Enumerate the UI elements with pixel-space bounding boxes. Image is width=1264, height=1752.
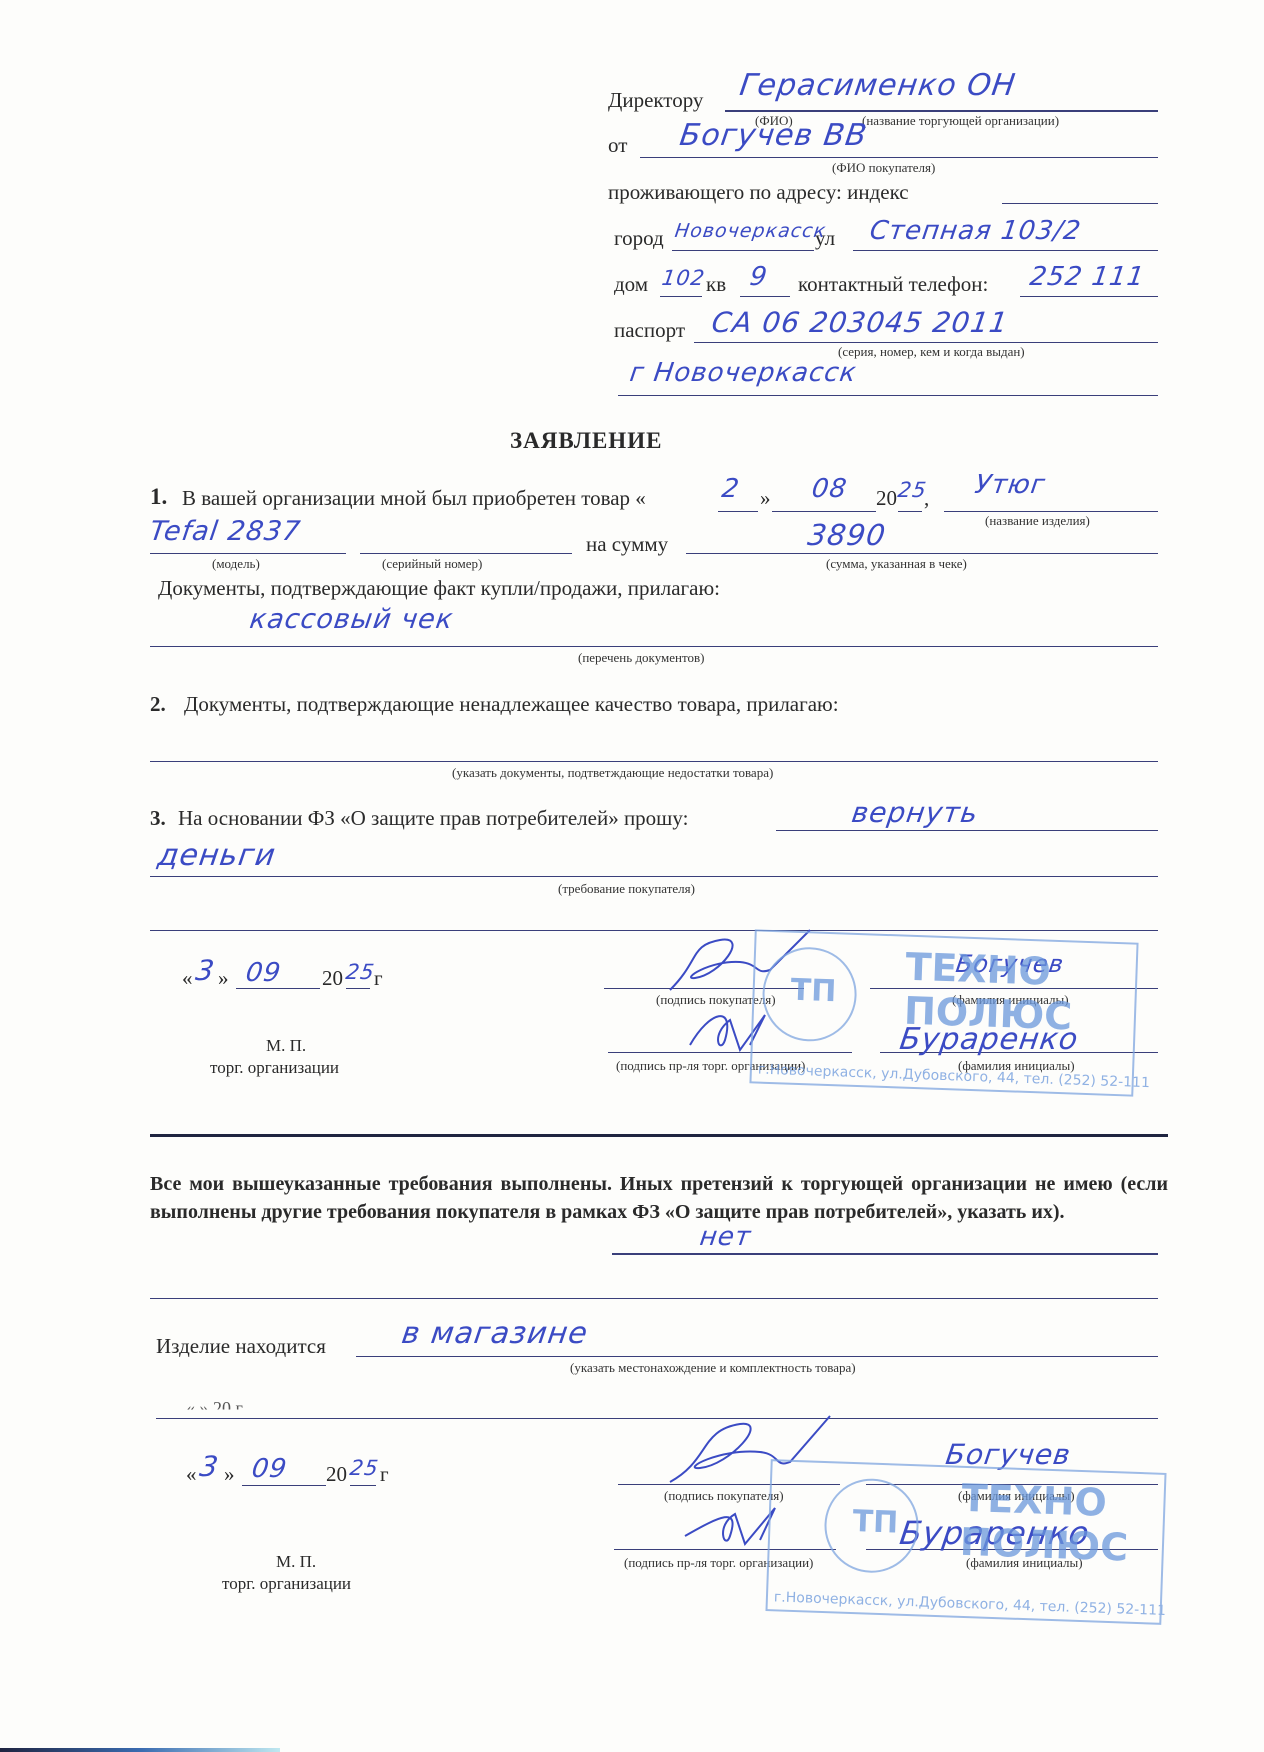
sign1-org-label: торг. организации (210, 1058, 339, 1078)
sign2-year[interactable]: 25 (348, 1456, 380, 1480)
stamp-brand-line2: ПОЛЮС (903, 989, 1073, 1039)
sum-value[interactable]: 3890 (806, 518, 889, 552)
location-value[interactable]: в магазине (400, 1316, 591, 1351)
passport-value[interactable]: СА 06 203045 2011 (710, 306, 1011, 339)
sign2-mp-label: М. П. (276, 1552, 316, 1572)
stamp-address: г.Новочеркасск, ул.Дубовского, 44, тел. … (774, 1589, 1167, 1619)
section-3-caption: (требование покупателя) (558, 881, 695, 897)
director-label: Директору (608, 88, 703, 113)
passport-line2 (618, 395, 1158, 396)
sign2-date-open: « (186, 1462, 197, 1487)
shop-stamp-1: ТП ТЕХНО ПОЛЮС г.Новочеркасск, ул.Дубовс… (749, 929, 1138, 1096)
city-value[interactable]: Новочеркасск (673, 220, 827, 242)
sign1-month-line (236, 988, 320, 989)
sign1-date-close: » (218, 966, 229, 991)
shop-stamp-2: ТП ТЕХНО ПОЛЮС г.Новочеркасск, ул.Дубовс… (765, 1459, 1166, 1625)
passport-label: паспорт (614, 318, 685, 343)
sum-label: на сумму (586, 532, 668, 557)
location-caption: (указать местонахождение и комплектность… (570, 1360, 856, 1376)
street-label: ул (815, 226, 835, 251)
sum-line (686, 553, 1158, 554)
sign2-org-label: торг. организации (222, 1574, 351, 1594)
stamp-brand-line2: ПОЛЮС (959, 1520, 1129, 1570)
sign2-month[interactable]: 09 (250, 1454, 289, 1484)
house-value[interactable]: 102 (660, 266, 706, 290)
section-2-text: Документы, подтверждающие ненадлежащее к… (184, 692, 839, 717)
sum-caption: (сумма, указанная в чеке) (826, 556, 967, 572)
phone-value[interactable]: 252 111 (1028, 262, 1147, 292)
stamp-brand-line1: ТЕХНО (961, 1476, 1108, 1525)
location-label: Изделие находится (156, 1334, 326, 1359)
sign1-month[interactable]: 09 (244, 958, 283, 988)
sign2-year-prefix: 20 (326, 1462, 347, 1487)
sign2-month-line (242, 1485, 326, 1486)
product-caption: (название изделия) (985, 513, 1090, 529)
from-caption: (ФИО покупателя) (832, 160, 935, 176)
sign2-day[interactable]: 3 (198, 1450, 221, 1483)
passport-value-line2[interactable]: г Новочеркасск (628, 358, 859, 388)
docs-line (150, 646, 1158, 647)
model-line (150, 553, 346, 554)
purchase-day-line (718, 511, 758, 512)
purchase-year-line (898, 511, 922, 512)
section-2-number: 2. (150, 692, 166, 717)
stamp-address: г.Новочеркасск, ул.Дубовского, 44, тел. … (758, 1062, 1151, 1092)
claim-line3 (150, 930, 1158, 931)
serial-line (360, 553, 572, 554)
docs-value[interactable]: кассовый чек (248, 604, 456, 635)
house-line (660, 296, 702, 297)
model-caption: (модель) (212, 556, 260, 572)
director-caption-org: (название торгующей организации) (862, 113, 1059, 129)
closing-line2 (150, 1298, 1158, 1299)
docs-caption: (перечень документов) (578, 650, 704, 666)
from-line (640, 157, 1158, 158)
purchase-year-prefix: 20 (876, 486, 897, 511)
sign2-year-line (350, 1485, 376, 1486)
purchase-month-line (772, 511, 876, 512)
passport-caption: (серия, номер, кем и когда выдан) (838, 344, 1025, 360)
director-value[interactable]: Герасименко ОН (738, 68, 1018, 103)
location-line (356, 1356, 1158, 1357)
section-3-text: На основании ФЗ «О защите прав потребите… (178, 806, 688, 831)
product-name[interactable]: Утюг (973, 470, 1048, 500)
phone-line (1020, 296, 1158, 297)
city-line (672, 250, 814, 251)
document-title: ЗАЯВЛЕНИЕ (510, 428, 662, 454)
scan-edge-artifact (0, 1748, 280, 1752)
from-value[interactable]: Богучев ВВ (678, 118, 870, 153)
section-1-number: 1. (150, 484, 167, 510)
blank-date-line (156, 1418, 1158, 1419)
sign1-day[interactable]: 3 (194, 954, 217, 987)
sign1-year-prefix: 20 (322, 966, 343, 991)
claim-value-line2[interactable]: деньги (156, 838, 279, 873)
city-label: город (614, 226, 664, 251)
sign1-year[interactable]: 25 (344, 960, 376, 984)
docs-label: Документы, подтверждающие факт купли/про… (158, 576, 720, 601)
claim-value-line1[interactable]: вернуть (850, 796, 981, 829)
serial-caption: (серийный номер) (382, 556, 482, 572)
street-line (853, 250, 1158, 251)
closing-line1 (612, 1253, 1158, 1255)
house-label: дом (614, 272, 648, 297)
sign1-year-line (346, 988, 370, 989)
closing-paragraph: Все мои вышеуказанные требования выполне… (150, 1170, 1168, 1226)
claim-line2 (150, 876, 1158, 877)
section-1-text: В вашей организации мной был приобретен … (182, 486, 646, 511)
sign1-mp-label: М. П. (266, 1036, 306, 1056)
section-divider (150, 1134, 1168, 1137)
address-label: проживающего по адресу: индекс (608, 180, 909, 205)
section-3-number: 3. (150, 806, 166, 831)
sign2-date-close: » (224, 1462, 235, 1487)
sign1-date-open: « (182, 966, 193, 991)
section-2-line[interactable] (150, 761, 1158, 762)
stamp-logo: ТП (790, 973, 837, 1010)
purchase-month[interactable]: 08 (810, 474, 849, 504)
apt-value[interactable]: 9 (748, 262, 770, 292)
from-label: от (608, 133, 627, 158)
section-2-caption: (указать документы, подтветждающие недос… (452, 765, 773, 781)
purchase-comma: , (924, 486, 929, 511)
apt-line (740, 296, 790, 297)
passport-line (694, 342, 1158, 343)
stamp-brand-line1: ТЕХНО (905, 945, 1052, 994)
blank-date: « » 20 г (186, 1398, 243, 1419)
closing-value[interactable]: нет (698, 1222, 753, 1252)
director-line (725, 110, 1158, 112)
apt-label: кв (706, 272, 726, 297)
sign2-year-suffix: г (380, 1462, 389, 1487)
phone-label: контактный телефон: (798, 272, 988, 297)
closing-paragraph-text: Все мои вышеуказанные требования выполне… (150, 1173, 1168, 1223)
stamp-logo: ТП (852, 1504, 899, 1541)
purchase-quote-close: » (760, 486, 771, 511)
sign1-year-suffix: г (374, 966, 383, 991)
street-value[interactable]: Степная 103/2 (868, 216, 1083, 246)
index-line (1002, 203, 1158, 204)
model-value[interactable]: Tefal 2837 (148, 516, 303, 547)
claim-line1 (776, 830, 1158, 831)
product-line (944, 511, 1158, 512)
purchase-day[interactable]: 2 (720, 474, 742, 504)
